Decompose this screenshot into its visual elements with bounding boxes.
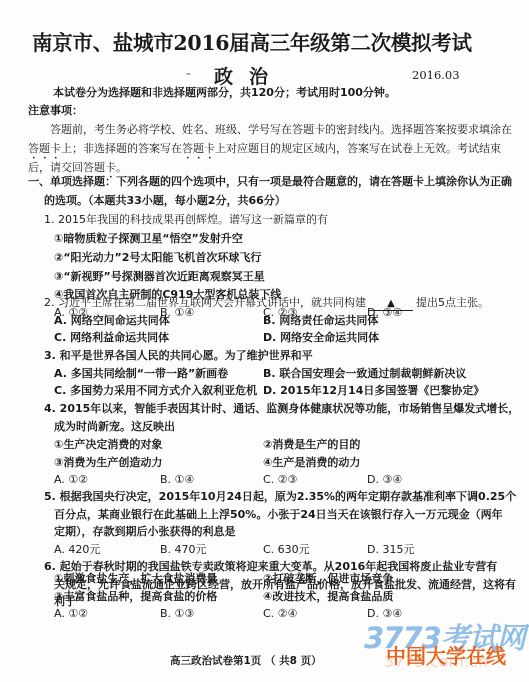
question-3-option-c: C. 多国势力采用不同方式介入叙利亚危机 [54, 384, 257, 398]
question-5-option-a: A. 420元 [54, 543, 100, 557]
question-3-option-d: D. 2015年12月14日多国签署《巴黎协定》 [263, 384, 484, 398]
notice-text: 。 [116, 161, 127, 174]
triangle-icon: ▲ [387, 298, 395, 309]
question-4-item-2: ②消费是生产的目的 [263, 438, 360, 452]
question-2-stem-text: 2. 习近平主席在第二届世界互联网大会开幕式讲话中，就共同构建 [44, 296, 366, 309]
notice-line-1: 答题前，考生务必将学校、姓名、班级、学号写在答题卡的密封线内。选择题答案按要求填… [50, 123, 512, 137]
question-3-option-b: B. 联合国安理会一致通过制裁朝鲜新决议 [263, 367, 466, 381]
question-4-stem-1: 4. 2015年以来，智能手表因其计时、通话、监测身体健康状况等功能，市场销售呈… [44, 402, 519, 416]
question-4-option-d: D. ③④ [367, 473, 402, 487]
question-2-option-c: C. 网络利益命运共同体 [54, 331, 169, 345]
question-4-item-4: ④生产是消费的动力 [263, 456, 360, 470]
question-6-option-c: C. ②④ [263, 607, 297, 621]
question-5-option-d: D. 315元 [367, 543, 414, 557]
question-4-item-3: ③消费为生产创造动力 [54, 456, 162, 470]
question-4-option-c: C. ②③ [263, 473, 297, 487]
exam-date: 2016.03 [412, 68, 460, 82]
question-6-item-1: ①刺激食盐生产，扩大食盐消费量 [54, 572, 217, 586]
subject-heading: 政治 [214, 62, 284, 89]
question-2-option-b: B. 网络责任命运共同体 [263, 314, 378, 328]
section-1-heading: 一、单项选择题：下列各题的四个选项中，只有一项是最符合题意的，请在答题卡上填涂你… [28, 175, 512, 189]
question-1-item-3: ③“新视野”号探测器首次近距离观察冥王星 [54, 270, 265, 284]
question-2-stem-text: 提出5点主张。 [416, 296, 489, 309]
exam-title: 南京市、盐城市2016届高三年级第二次模拟考试 [32, 26, 502, 56]
watermark-slogan: 中国大学在线 [386, 640, 506, 669]
notice-text: 上对应题目的规定区域内，答案写在试卷上无效。考试结束 [215, 142, 501, 155]
question-2-option-a: A. 网络空间命运共同体 [54, 314, 170, 328]
question-5-stem-2: 百分点，某商业银行在此基础上上浮50%。小张于24日当天在该银行存入一万元现金（… [54, 508, 503, 522]
question-5-stem-3: 定期），存款到期后小张获得的利息是 [54, 525, 236, 539]
question-6-item-4: ④改进技术，提高食盐品质 [263, 590, 393, 604]
emphasis-answer-card: 答题卡 [83, 161, 116, 174]
section-1-note: 的选项。（本题共33小题，每小题2分，共66分） [44, 194, 286, 208]
question-3-option-a: A. 多国共同绘制“一带一路”新画卷 [54, 367, 228, 381]
exam-intro: 本试卷分为选择题和非选择题两部分，共120分；考试用时100分钟。 [53, 86, 396, 100]
question-6-item-3: ③丰富食盐品种，提高食盐的价格 [54, 590, 217, 604]
notice-text: 后，请交回 [28, 161, 83, 174]
question-5-option-b: B. 470元 [160, 543, 207, 557]
emphasis-answer-card: 答题卡 [28, 142, 61, 155]
question-6-item-2: ②打破垄断，促进市场竞争 [263, 572, 393, 586]
question-2-stem: 2. 习近平主席在第二届世界互联网大会开幕式讲话中，就共同构建▲提出5点主张。 [44, 296, 489, 311]
answer-blank: ▲ [369, 298, 413, 311]
notice-heading: 注意事项： [28, 104, 83, 118]
scan-mark: = [186, 71, 191, 78]
question-4-option-b: B. ①④ [160, 473, 194, 487]
question-6-option-a: A. ①② [54, 607, 88, 621]
question-4-item-1: ①生产决定消费的对象 [54, 438, 162, 452]
question-2-option-d: D. 网络安全命运共同体 [263, 331, 379, 345]
question-5-stem-1: 5. 根据我国央行决定，2015年10月24日起，原为2.35%的两年定期存款基… [44, 490, 516, 504]
question-6-option-b: B. ①③ [160, 607, 194, 621]
question-1-stem: 1. 2015年我国的科技成果再创辉煌。谱写这一新篇章的有 [44, 213, 328, 227]
question-1-item-2: ②“阳光动力”2号太阳能飞机首次环球飞行 [54, 251, 261, 265]
question-1-item-1: ①暗物质粒子探测卫星“悟空”发射升空 [54, 232, 243, 246]
notice-text: 上；非选择题的答案写在 [61, 142, 182, 155]
page-footer: 高三政治试卷第1页 （ 共8 页） [170, 653, 322, 668]
emphasis-answer-card: 答题卡 [182, 142, 215, 155]
question-4-stem-2: 成为时尚新宠。这反映出 [54, 420, 175, 434]
question-4-option-a: A. ①② [54, 473, 88, 487]
question-3-stem: 3. 和平是世界各国人民的共同心愿。为了维护世界和平 [44, 349, 313, 363]
question-5-option-c: C. 630元 [263, 543, 310, 557]
exam-page: 南京市、盐城市2016届高三年级第二次模拟考试 = 政治 2016.03 本试卷… [0, 0, 529, 682]
notice-line-2: 答题卡上；非选择题的答案写在答题卡上对应题目的规定区域内，答案写在试卷上无效。考… [28, 142, 501, 162]
